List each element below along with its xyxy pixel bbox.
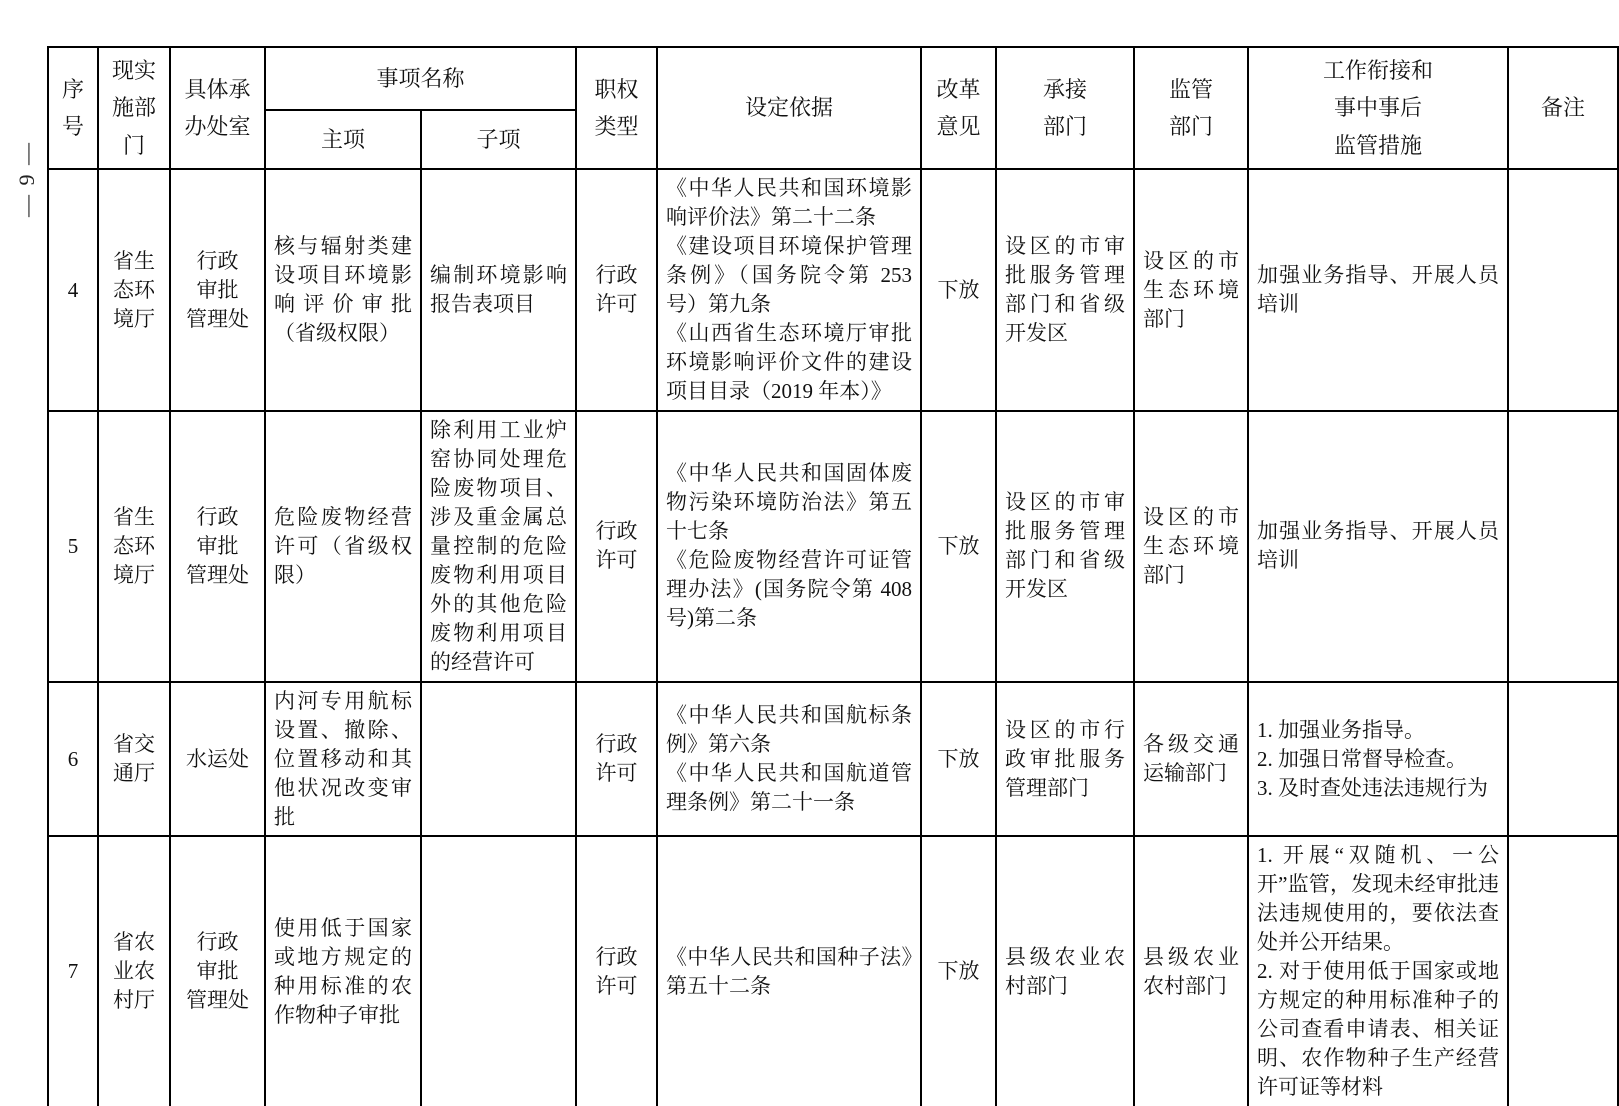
cell-reform-opinion: 下放	[921, 836, 996, 1106]
cell-remarks	[1508, 169, 1618, 411]
header-measures: 工作衔接和 事中事后 监管措施	[1248, 47, 1508, 169]
header-office: 具体承办处室	[170, 47, 265, 169]
cell-supervision-dept: 县级农业农村部门	[1134, 836, 1248, 1106]
cell-basis: 《中华人民共和国固体废物污染环境防治法》第五十七条 《危险废物经营许可证管理办法…	[657, 411, 921, 682]
cell-authority-type: 行政 许可	[576, 411, 657, 682]
cell-undertaking-dept: 设区的市审批服务管理部门和省级开发区	[996, 411, 1134, 682]
cell-remarks	[1508, 836, 1618, 1106]
cell-remarks	[1508, 411, 1618, 682]
cell-main-item: 使用低于国家或地方规定的种用标准的农作物种子审批	[265, 836, 421, 1106]
document-page: — 9 — 序 号 现实施部门 具体承办处室 事项名称 职权 类型 设定依据 改…	[0, 0, 1619, 1106]
cell-basis: 《中华人民共和国航标条例》第六条 《中华人民共和国航道管理条例》第二十一条	[657, 682, 921, 837]
cell-supervision-dept: 设区的市生态环境部门	[1134, 411, 1248, 682]
cell-reform-opinion: 下放	[921, 169, 996, 411]
cell-undertaking-dept: 设区的市行政审批服务管理部门	[996, 682, 1134, 837]
table-row: 6 省交 通厅 水运处 内河专用航标设置、撤除、位置移动和其他状况改变审批 行政…	[48, 682, 1618, 837]
cell-reform-opinion: 下放	[921, 411, 996, 682]
cell-current-dept: 省生 态环 境厅	[98, 169, 170, 411]
header-undertaking-dept: 承接 部门	[996, 47, 1134, 169]
table-row: 7 省农 业农 村厅 行政 审批 管理处 使用低于国家或地方规定的种用标准的农作…	[48, 836, 1618, 1106]
header-seq: 序 号	[48, 47, 98, 169]
header-reform-opinion: 改革 意见	[921, 47, 996, 169]
header-authority-type: 职权 类型	[576, 47, 657, 169]
page-number: — 9 —	[14, 124, 40, 234]
cell-office: 行政 审批 管理处	[170, 836, 265, 1106]
cell-office: 行政 审批 管理处	[170, 411, 265, 682]
header-main-item: 主项	[265, 110, 421, 169]
cell-authority-type: 行政 许可	[576, 169, 657, 411]
header-remarks: 备注	[1508, 47, 1618, 169]
cell-undertaking-dept: 设区的市审批服务管理部门和省级开发区	[996, 169, 1134, 411]
cell-seq: 4	[48, 169, 98, 411]
header-sub-item: 子项	[421, 110, 576, 169]
cell-measures: 1. 开展“双随机、一公开”监管，发现未经审批违法违规使用的，要依法查处并公开结…	[1248, 836, 1508, 1106]
cell-supervision-dept: 各级交通运输部门	[1134, 682, 1248, 837]
cell-seq: 6	[48, 682, 98, 837]
cell-sub-item	[421, 836, 576, 1106]
cell-basis: 《中华人民共和国环境影响评价法》第二十二条 《建设项目环境保护管理条例》（国务院…	[657, 169, 921, 411]
cell-measures: 1. 加强业务指导。 2. 加强日常督导检查。 3. 及时查处违法违规行为	[1248, 682, 1508, 837]
cell-main-item: 核与辐射类建设项目环境影响评价审批（省级权限）	[265, 169, 421, 411]
header-basis: 设定依据	[657, 47, 921, 169]
header-item-name: 事项名称	[265, 47, 576, 110]
approval-items-table: 序 号 现实施部门 具体承办处室 事项名称 职权 类型 设定依据 改革 意见 承…	[47, 46, 1619, 1106]
cell-main-item: 内河专用航标设置、撤除、位置移动和其他状况改变审批	[265, 682, 421, 837]
cell-current-dept: 省生 态环 境厅	[98, 411, 170, 682]
header-current-dept: 现实施部门	[98, 47, 170, 169]
cell-current-dept: 省交 通厅	[98, 682, 170, 837]
table-row: 5 省生 态环 境厅 行政 审批 管理处 危险废物经营许可（省级权限） 除利用工…	[48, 411, 1618, 682]
cell-seq: 5	[48, 411, 98, 682]
cell-supervision-dept: 设区的市生态环境部门	[1134, 169, 1248, 411]
cell-sub-item	[421, 682, 576, 837]
cell-reform-opinion: 下放	[921, 682, 996, 837]
cell-authority-type: 行政 许可	[576, 836, 657, 1106]
cell-main-item: 危险废物经营许可（省级权限）	[265, 411, 421, 682]
cell-basis: 《中华人民共和国种子法》第五十二条	[657, 836, 921, 1106]
cell-office: 行政 审批 管理处	[170, 169, 265, 411]
cell-measures: 加强业务指导、开展人员培训	[1248, 411, 1508, 682]
header-supervision-dept: 监管 部门	[1134, 47, 1248, 169]
cell-authority-type: 行政 许可	[576, 682, 657, 837]
cell-current-dept: 省农 业农 村厅	[98, 836, 170, 1106]
cell-office: 水运处	[170, 682, 265, 837]
table-row: 4 省生 态环 境厅 行政 审批 管理处 核与辐射类建设项目环境影响评价审批（省…	[48, 169, 1618, 411]
cell-seq: 7	[48, 836, 98, 1106]
cell-sub-item: 除利用工业炉窑协同处理危险废物项目、涉及重金属总量控制的危险废物利用项目外的其他…	[421, 411, 576, 682]
cell-remarks	[1508, 682, 1618, 837]
cell-measures: 加强业务指导、开展人员培训	[1248, 169, 1508, 411]
cell-sub-item: 编制环境影响报告表项目	[421, 169, 576, 411]
cell-undertaking-dept: 县级农业农村部门	[996, 836, 1134, 1106]
